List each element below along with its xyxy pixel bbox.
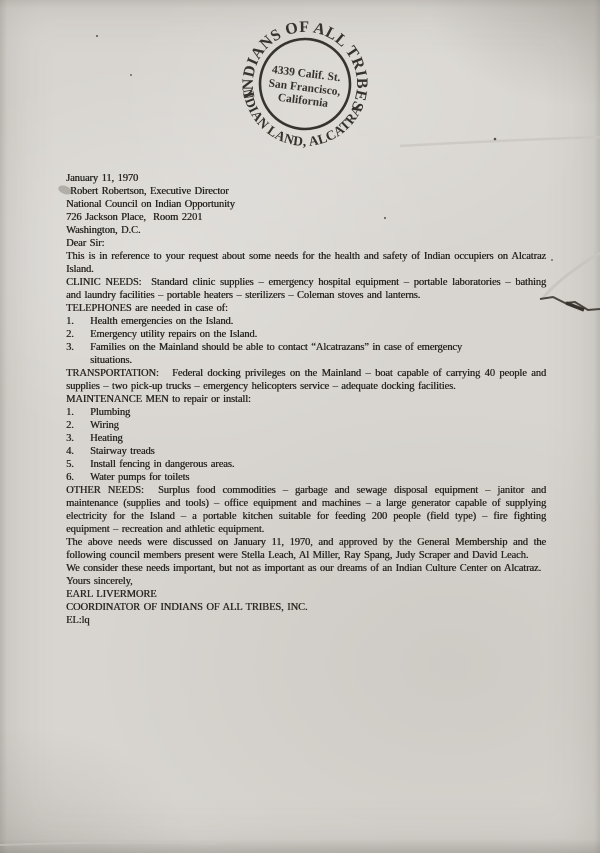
list-item: 2. Emergency utility repairs on the Isla… (66, 328, 546, 341)
recipient-line: 726 Jackson Place, Room 2201 (66, 211, 546, 224)
paragraph-approval: The above needs were discussed on Januar… (66, 536, 546, 562)
paragraph-dreams: We consider these needs important, but n… (66, 562, 546, 575)
signature-block: EARL LIVERMORE COORDINATOR OF INDIANS OF… (66, 588, 546, 614)
signature-name: EARL LIVERMORE (66, 588, 546, 601)
list-item-number: 6. (66, 471, 90, 484)
list-item-number: 3. (66, 341, 90, 367)
paragraph-transportation: TRANSPORTATION: Federal docking privileg… (66, 367, 546, 393)
telephones-intro: TELEPHONES are needed in case of: (66, 302, 546, 315)
signature-title: COORDINATOR OF INDIANS OF ALL TRIBES, IN… (66, 601, 546, 614)
maintenance-list: 1. Plumbing 2. Wiring 3. Heating 4. Stai… (66, 406, 546, 484)
paragraph-intro: This is in reference to your request abo… (66, 250, 546, 276)
list-item: 2. Wiring (66, 419, 546, 432)
list-item: 3. Heating (66, 432, 546, 445)
date-line: January 11, 1970 (66, 172, 546, 185)
list-item-number: 1. (66, 315, 90, 328)
list-item-number: 3. (66, 432, 90, 445)
valediction: Yours sincerely, (66, 575, 546, 588)
list-item-text: Families on the Mainland should be able … (90, 341, 486, 367)
maintenance-intro: MAINTENANCE MEN to repair or install: (66, 393, 546, 406)
recipient-address: Robert Robertson, Executive Director Nat… (66, 185, 546, 237)
paragraph-clinic-needs: CLINIC NEEDS: Standard clinic supplies –… (66, 276, 546, 302)
list-item-text: Health emergencies on the Island. (90, 315, 486, 328)
list-item-number: 2. (66, 419, 90, 432)
list-item: 5. Install fencing in dangerous areas. (66, 458, 546, 471)
list-item-text: Water pumps for toilets (90, 471, 486, 484)
salutation: Dear Sir: (66, 237, 546, 250)
list-item: 3. Families on the Mainland should be ab… (66, 341, 546, 367)
recipient-line: Washington, D.C. (66, 224, 546, 237)
list-item-number: 2. (66, 328, 90, 341)
list-item: 1. Health emergencies on the Island. (66, 315, 546, 328)
recipient-line: Robert Robertson, Executive Director (66, 185, 546, 198)
list-item: 1. Plumbing (66, 406, 546, 419)
list-item-number: 1. (66, 406, 90, 419)
list-item-text: Stairway treads (90, 445, 486, 458)
list-item-number: 5. (66, 458, 90, 471)
list-item-text: Heating (90, 432, 486, 445)
reference-initials: EL:lq (66, 614, 546, 627)
letter-body: January 11, 1970 Robert Robertson, Execu… (0, 0, 600, 853)
list-item-text: Install fencing in dangerous areas. (90, 458, 486, 471)
list-item-text: Wiring (90, 419, 486, 432)
letter-page: INDIANS OF ALL TRIBES INDIAN LAND, ALCAT… (0, 0, 600, 853)
list-item-text: Emergency utility repairs on the Island. (90, 328, 486, 341)
paragraph-other-needs: OTHER NEEDS: Surplus food commodities – … (66, 484, 546, 536)
list-item-number: 4. (66, 445, 90, 458)
recipient-line: National Council on Indian Opportunity (66, 198, 546, 211)
list-item-text: Plumbing (90, 406, 486, 419)
list-item: 6. Water pumps for toilets (66, 471, 546, 484)
list-item: 4. Stairway treads (66, 445, 546, 458)
telephones-list: 1. Health emergencies on the Island. 2. … (66, 315, 546, 367)
